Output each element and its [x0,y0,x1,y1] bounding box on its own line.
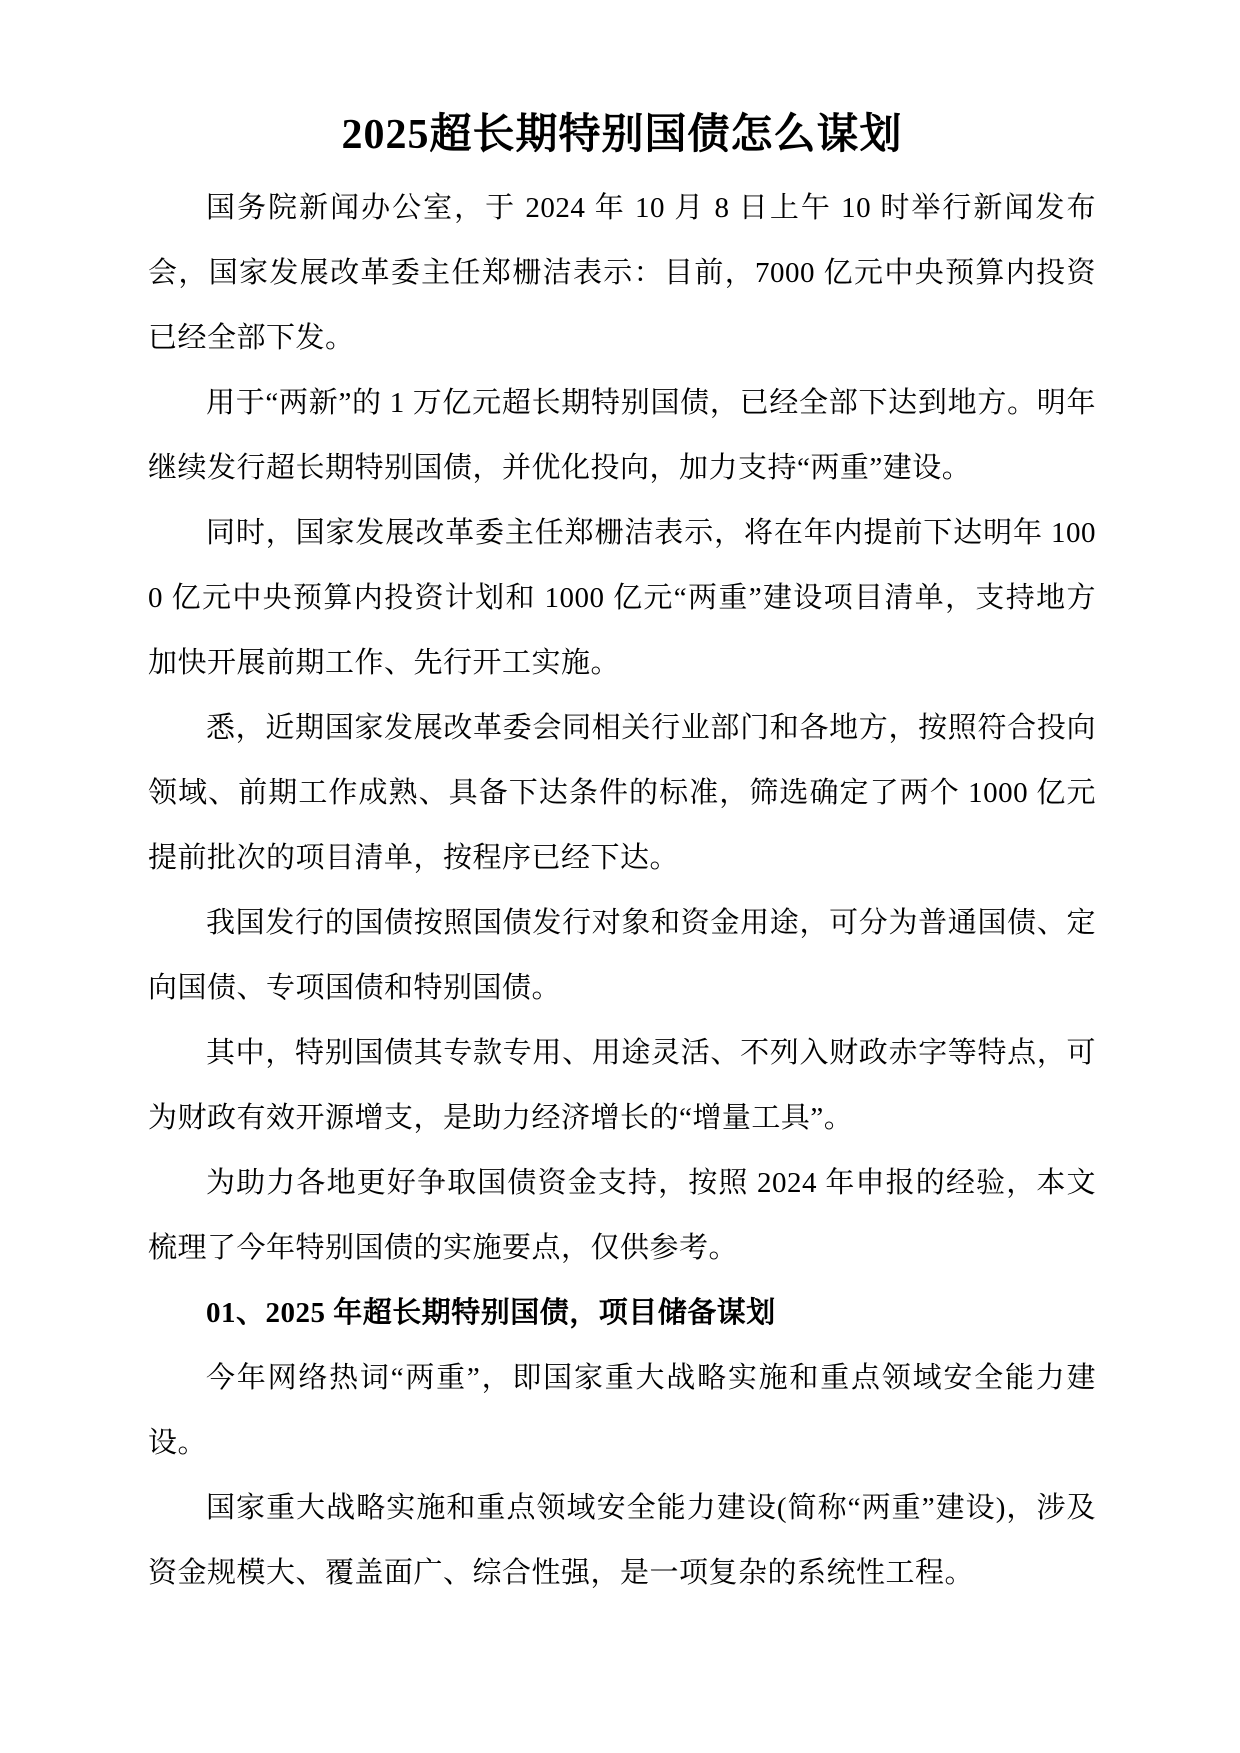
paragraph-3: 同时，国家发展改革委主任郑栅洁表示，将在年内提前下达明年 1000 亿元中央预算… [148,501,1096,696]
paragraph-5: 我国发行的国债按照国债发行对象和资金用途，可分为普通国债、定向国债、专项国债和特… [148,891,1096,1021]
paragraph-9: 今年网络热词“两重”，即国家重大战略实施和重点领域安全能力建设。 [148,1346,1096,1476]
paragraph-10: 国家重大战略实施和重点领域安全能力建设(简称“两重”建设)，涉及资金规模大、覆盖… [148,1476,1096,1606]
document-title: 2025超长期特别国债怎么谋划 [148,100,1096,170]
section-heading-01: 01、2025 年超长期特别国债，项目储备谋划 [148,1281,1096,1346]
paragraph-6: 其中，特别国债其专款专用、用途灵活、不列入财政赤字等特点，可为财政有效开源增支，… [148,1021,1096,1151]
paragraph-1: 国务院新闻办公室，于 2024 年 10 月 8 日上午 10 时举行新闻发布会… [148,176,1096,371]
document-page: 2025超长期特别国债怎么谋划 国务院新闻办公室，于 2024 年 10 月 8… [0,0,1240,1753]
paragraph-7: 为助力各地更好争取国债资金支持，按照 2024 年申报的经验，本文梳理了今年特别… [148,1151,1096,1281]
paragraph-4: 悉，近期国家发展改革委会同相关行业部门和各地方，按照符合投向领域、前期工作成熟、… [148,696,1096,891]
paragraph-2: 用于“两新”的 1 万亿元超长期特别国债，已经全部下达到地方。明年继续发行超长期… [148,371,1096,501]
